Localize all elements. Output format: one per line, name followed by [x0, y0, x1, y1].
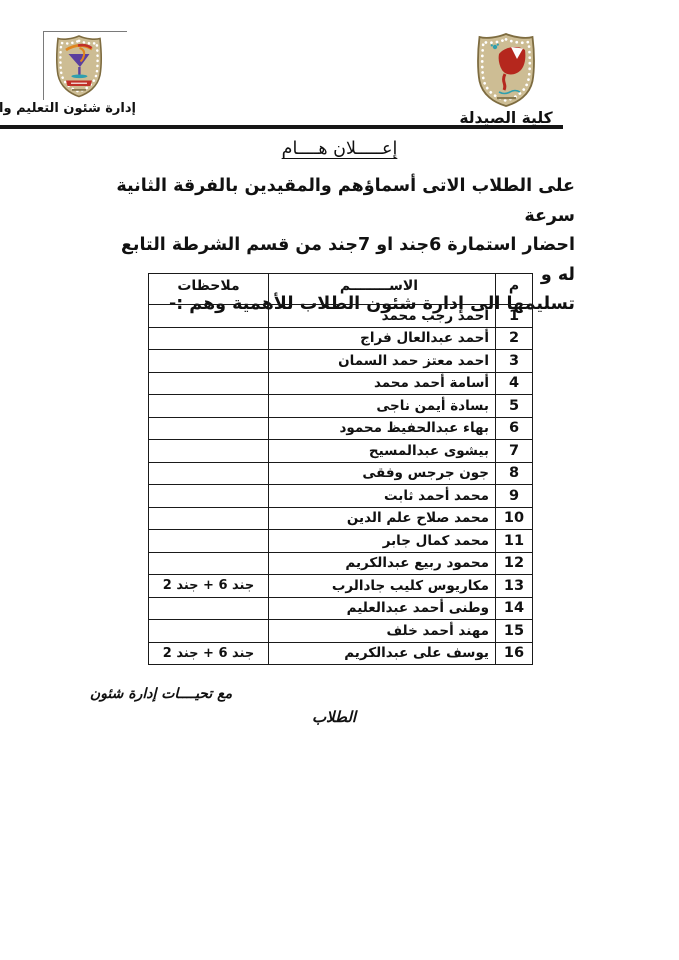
row-number-cell: 8: [496, 462, 533, 485]
student-name-cell: بهاء عبدالحفيظ محمود: [269, 417, 496, 440]
scanned-announcement-page: إدارة شئون التعليم والطلاب كلية الصيدلة …: [0, 0, 679, 960]
table-row: 16يوسف على عبدالكريمجند 6 + جند 2: [149, 642, 533, 665]
student-name-cell: احمد معتز حمد السمان: [269, 350, 496, 373]
notes-cell: [149, 530, 269, 553]
footer-greeting-line1: مع تحيــــات إدارة شئون: [88, 686, 234, 702]
row-number-cell: 13: [496, 575, 533, 598]
notes-cell: [149, 440, 269, 463]
student-name-cell: أحمد عبدالعال فراج: [269, 327, 496, 350]
table-row: 10محمد صلاح علم الدين: [149, 507, 533, 530]
column-header-number: م: [496, 274, 533, 305]
column-header-name: الاســــــــم: [269, 274, 496, 305]
table-row: 9محمد أحمد ثابت: [149, 485, 533, 508]
footer-greeting-line2: الطلاب: [299, 708, 369, 726]
student-name-cell: بسادة أيمن ناجى: [269, 395, 496, 418]
students-table: م الاســــــــم ملاحظات 1أحمد رجب محمد 2…: [148, 273, 533, 665]
student-name-cell: محمد أحمد ثابت: [269, 485, 496, 508]
row-number-cell: 11: [496, 530, 533, 553]
table-row: 11محمد كمال جابر: [149, 530, 533, 553]
notes-cell: [149, 350, 269, 373]
notes-cell: [149, 327, 269, 350]
row-number-cell: 1: [496, 305, 533, 328]
table-row: 15مهند أحمد خلف: [149, 620, 533, 643]
table-row: 2أحمد عبدالعال فراج: [149, 327, 533, 350]
notes-cell: [149, 597, 269, 620]
student-name-cell: يوسف على عبدالكريم: [269, 642, 496, 665]
table-row: 7بيشوى عبدالمسيح: [149, 440, 533, 463]
notes-cell: [149, 552, 269, 575]
notes-cell: جند 6 + جند 2: [149, 642, 269, 665]
notes-cell: [149, 417, 269, 440]
student-name-cell: جون جرجس وفقى: [269, 462, 496, 485]
body-line: على الطلاب الاتى أسماؤهم والمقيدين بالفر…: [101, 172, 575, 231]
left-letterhead-label: إدارة شئون التعليم والطلاب: [4, 101, 136, 116]
row-number-cell: 12: [496, 552, 533, 575]
row-number-cell: 10: [496, 507, 533, 530]
student-name-cell: محمد صلاح علم الدين: [269, 507, 496, 530]
student-name-cell: أحمد رجب محمد: [269, 305, 496, 328]
notes-cell: [149, 485, 269, 508]
notes-cell: [149, 372, 269, 395]
university-shield-icon: [475, 32, 537, 108]
student-name-cell: مهند أحمد خلف: [269, 620, 496, 643]
column-header-notes: ملاحظات: [149, 274, 269, 305]
row-number-cell: 4: [496, 372, 533, 395]
row-number-cell: 5: [496, 395, 533, 418]
row-number-cell: 2: [496, 327, 533, 350]
notes-cell: [149, 507, 269, 530]
row-number-cell: 15: [496, 620, 533, 643]
table-row: 6بهاء عبدالحفيظ محمود: [149, 417, 533, 440]
row-number-cell: 3: [496, 350, 533, 373]
row-number-cell: 9: [496, 485, 533, 508]
table-row: 1أحمد رجب محمد: [149, 305, 533, 328]
table-row: 5بسادة أيمن ناجى: [149, 395, 533, 418]
student-name-cell: محمد كمال جابر: [269, 530, 496, 553]
notes-cell: [149, 620, 269, 643]
announcement-title: إعـــــلان هــــام: [0, 139, 679, 159]
announcement-title-text: إعـــــلان هــــام: [282, 139, 398, 159]
pharmacy-cup-shield-icon: [55, 34, 103, 98]
table-row: 8جون جرجس وفقى: [149, 462, 533, 485]
table-row: 12محمود ربيع عبدالكريم: [149, 552, 533, 575]
student-name-cell: محمود ربيع عبدالكريم: [269, 552, 496, 575]
header-divider-rule: [0, 125, 563, 129]
row-number-cell: 14: [496, 597, 533, 620]
row-number-cell: 16: [496, 642, 533, 665]
notes-cell: [149, 305, 269, 328]
student-name-cell: وطنى أحمد عبدالعليم: [269, 597, 496, 620]
notes-cell: [149, 395, 269, 418]
student-name-cell: مكاريوس كليب جادالرب: [269, 575, 496, 598]
notes-cell: جند 6 + جند 2: [149, 575, 269, 598]
table-row: 14وطنى أحمد عبدالعليم: [149, 597, 533, 620]
table-row: 4أسامة أحمد محمد: [149, 372, 533, 395]
notes-cell: [149, 462, 269, 485]
student-name-cell: أسامة أحمد محمد: [269, 372, 496, 395]
table-header-row: م الاســــــــم ملاحظات: [149, 274, 533, 305]
row-number-cell: 7: [496, 440, 533, 463]
table-row: 3احمد معتز حمد السمان: [149, 350, 533, 373]
row-number-cell: 6: [496, 417, 533, 440]
table-row: 13مكاريوس كليب جادالربجند 6 + جند 2: [149, 575, 533, 598]
student-name-cell: بيشوى عبدالمسيح: [269, 440, 496, 463]
